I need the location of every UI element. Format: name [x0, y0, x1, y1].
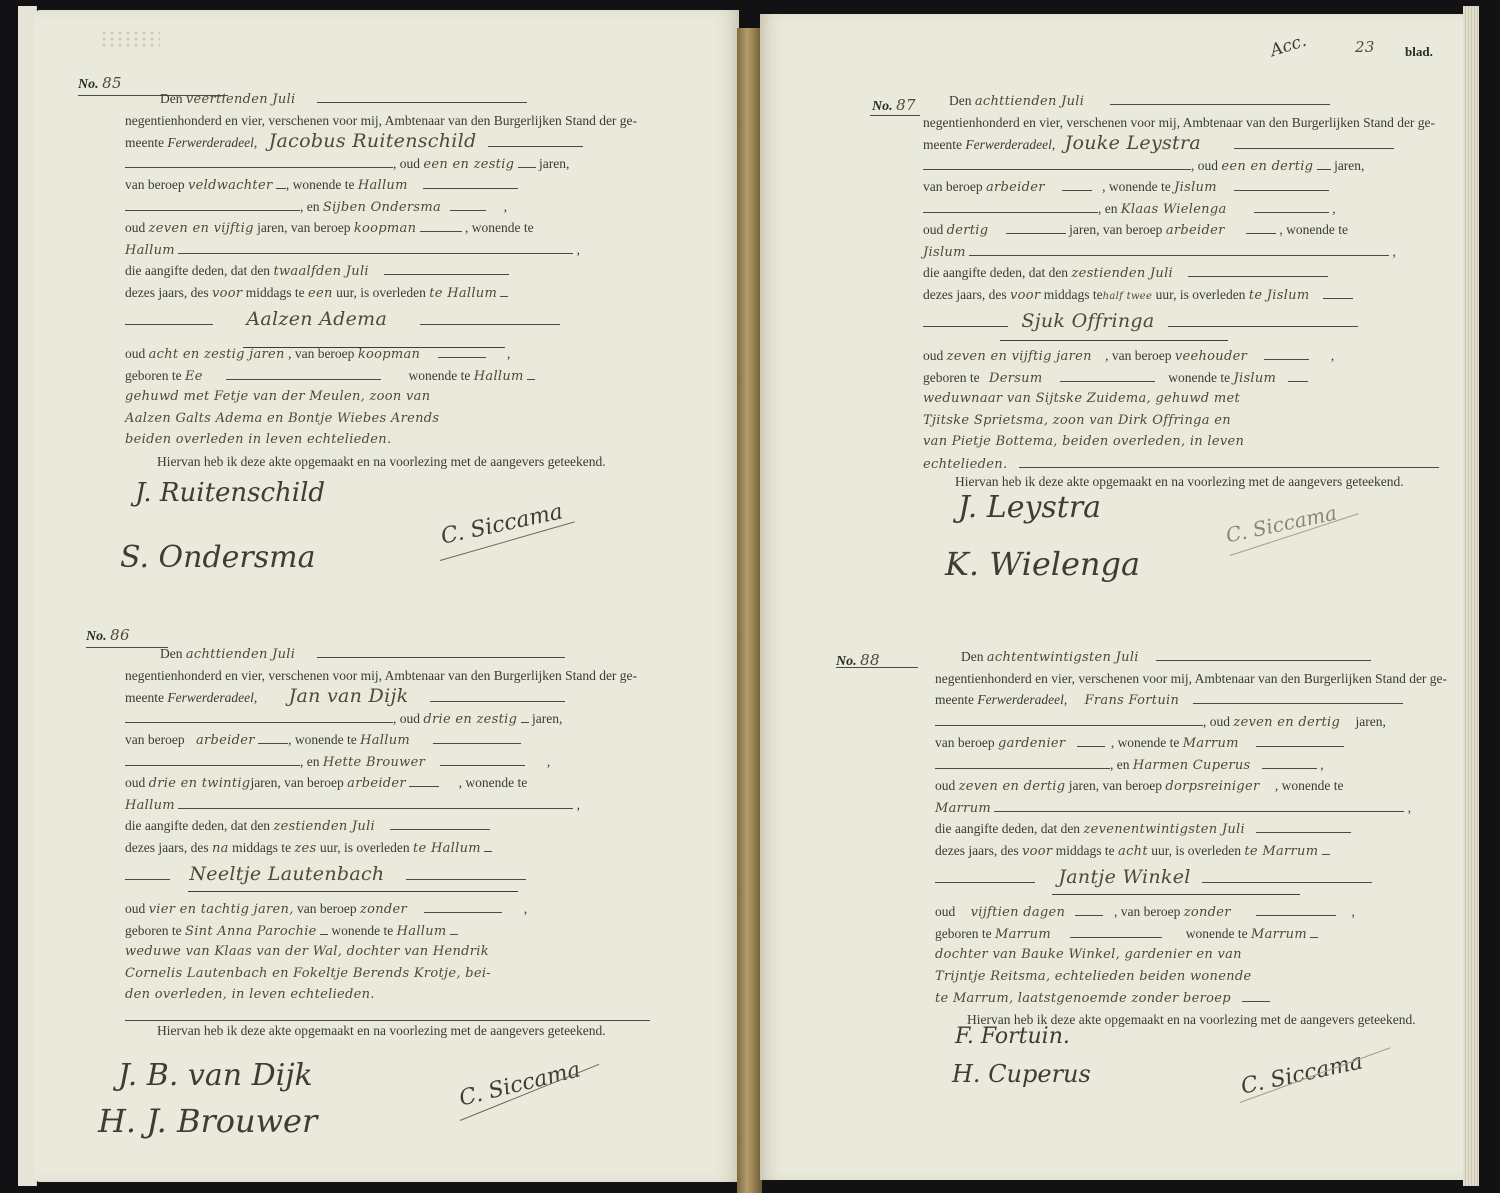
right-page-edges	[1463, 6, 1479, 1186]
remark-line: Cornelis Lautenbach en Fokeltje Berends …	[125, 963, 650, 985]
remark-line: Tjitske Sprietsma, zoon van Dirk Offring…	[923, 410, 1448, 432]
entry-number: No. 85	[78, 74, 122, 93]
signature-declarant-2: H. Cuperus	[952, 1060, 1091, 1088]
remark-line: te Marrum, laatstgenoemde zonder beroep	[935, 991, 1231, 1006]
entry-number: No. 86	[86, 626, 130, 645]
remark-line: den overleden, in leven echtelieden.	[125, 984, 650, 1006]
signature-declarant-1: J. B. van Dijk	[118, 1058, 313, 1093]
folio-label: blad.	[1405, 44, 1433, 60]
deceased-underline	[1000, 340, 1228, 341]
remark-line: gehuwd met Fetje van der Meulen, zoon va…	[125, 386, 650, 408]
entry-number: No. 87	[872, 96, 916, 115]
remark-line: echtelieden.	[923, 457, 1007, 472]
remark-line: dochter van Bauke Winkel, gardenier en v…	[935, 944, 1460, 966]
remark-line: van Pietje Bottema, beiden overleden, in…	[923, 431, 1448, 453]
remark-line: weduwe van Klaas van der Wal, dochter va…	[125, 941, 650, 963]
folio-number: 23	[1355, 38, 1375, 56]
open-register-book: Acc. 23 blad. No. 85 Den veertienden Jul…	[0, 0, 1500, 1193]
book-gutter	[737, 28, 762, 1193]
divider	[870, 115, 920, 116]
deceased-underline	[188, 891, 518, 892]
closing-statement: Hiervan heb ik deze akte opgemaakt en na…	[923, 471, 1448, 493]
paper-stain	[100, 30, 160, 50]
signature-declarant-1: F. Fortuin.	[955, 1024, 1070, 1049]
closing-statement: Hiervan heb ik deze akte opgemaakt en na…	[125, 1020, 650, 1042]
deceased-underline	[1052, 894, 1300, 895]
death-record-85: Den veertienden Juli negentienhonderd en…	[125, 88, 650, 472]
remark-line: Aalzen Galts Adema en Bontje Wiebes Aren…	[125, 408, 650, 430]
closing-statement: Hiervan heb ik deze akte opgemaakt en na…	[125, 451, 650, 473]
remark-line: Trijntje Reitsma, echtelieden beiden won…	[935, 966, 1460, 988]
background	[0, 0, 1500, 8]
signature-declarant-1: J. Leystra	[958, 490, 1101, 525]
death-record-86: Den achttienden Juli negentienhonderd en…	[125, 643, 650, 1041]
signature-declarant-2: H. J. Brouwer	[98, 1102, 317, 1140]
death-record-88: Den achtentwintigsten Juli negentienhond…	[935, 646, 1460, 1030]
remark-line: weduwnaar van Sijtske Zuidema, gehuwd me…	[923, 388, 1448, 410]
divider	[836, 667, 918, 668]
signature-declarant-1: J. Ruitenschild	[135, 478, 325, 508]
signature-declarant-2: K. Wielenga	[945, 545, 1140, 583]
deceased-underline	[243, 347, 505, 348]
remark-line: beiden overleden in leven echtelieden.	[125, 429, 650, 451]
death-record-87: Den achttienden Juli negentienhonderd en…	[923, 90, 1448, 492]
signature-declarant-2: S. Ondersma	[120, 540, 316, 575]
